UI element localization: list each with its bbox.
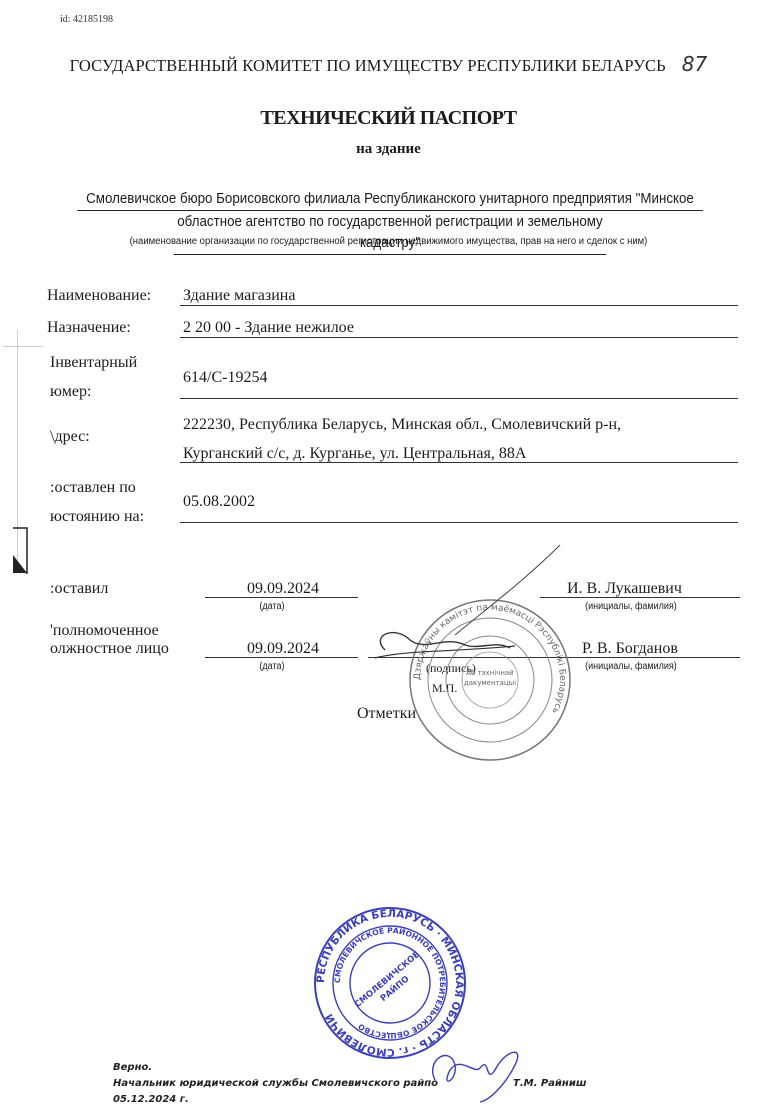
- document-id: id: 42185198: [60, 14, 113, 25]
- field-value-address-1: 222230, Республика Беларусь, Минская обл…: [183, 416, 621, 434]
- signature-name-authorized: Р. В. Богданов: [582, 640, 678, 658]
- certification-date: 05.12.2024 г.: [113, 1092, 189, 1108]
- date-caption-2: (дата): [259, 661, 284, 672]
- field-rule-address: [180, 462, 738, 463]
- signature-date-rule-1: [205, 597, 358, 598]
- signature-date-rule-2: [205, 657, 358, 658]
- certification-position: Начальник юридической службы Смолевичско…: [113, 1076, 438, 1092]
- signature-name-compiled: И. В. Лукашевич: [567, 580, 682, 598]
- field-value-as-of: 05.08.2002: [183, 493, 255, 511]
- signature-date-authorized: 09.09.2024: [208, 640, 358, 658]
- field-rule-purpose: [180, 337, 738, 338]
- field-rule-as-of: [180, 522, 738, 523]
- field-label-inventory-1: Інвентарный: [50, 354, 137, 372]
- field-rule-inventory: [180, 398, 738, 399]
- field-label-as-of-2: юстоянию на:: [50, 508, 144, 526]
- field-label-purpose: Назначение:: [47, 319, 131, 337]
- certification-verified: Верно.: [113, 1060, 152, 1076]
- blue-organization-stamp-icon: РЕСПУБЛИКА БЕЛАРУСЬ · МИНСКАЯ ОБЛАСТЬ · …: [310, 905, 470, 1060]
- handwritten-signature-icon: [365, 540, 565, 680]
- name-caption-2: (инициалы, фамилия): [585, 661, 677, 672]
- document-subtitle: на здание: [0, 141, 777, 158]
- svg-text:дакументацыі: дакументацыі: [464, 679, 516, 687]
- field-label-name: Наименование:: [47, 287, 151, 305]
- handwritten-page-number: 87: [682, 52, 708, 76]
- margin-tick: [3, 346, 43, 347]
- signature-role-compiled: :оставил: [50, 580, 108, 598]
- certification-name: Т.М. Райниш: [513, 1076, 586, 1092]
- committee-name: ГОСУДАРСТВЕННЫЙ КОМИТЕТ ПО ИМУЩЕСТВУ РЕС…: [70, 56, 666, 75]
- signature-role-authorized-2: олжностное лицо: [50, 640, 169, 658]
- signature-role-authorized-1: 'полномоченное: [50, 622, 159, 640]
- marks-label: Отметки: [357, 705, 416, 723]
- field-label-address: \дрес:: [50, 428, 90, 446]
- field-value-address-2: Курганский с/с, д. Курганье, ул. Централ…: [183, 445, 526, 463]
- field-label-inventory-2: юмер:: [50, 383, 91, 401]
- document-title: ТЕХНИЧЕСКИЙ ПАСПОРТ: [0, 107, 777, 130]
- field-value-inventory: 614/С-19254: [183, 369, 267, 387]
- field-value-name: Здание магазина: [183, 287, 295, 305]
- organization-line-1: Смолевичское бюро Борисовского филиала Р…: [77, 189, 703, 211]
- organization-caption: (наименование организации по государстве…: [19, 236, 757, 247]
- committee-heading: ГОСУДАРСТВЕННЫЙ КОМИТЕТ ПО ИМУЩЕСТВУ РЕС…: [0, 52, 777, 76]
- blue-signature-icon: [420, 1040, 530, 1105]
- signature-date-compiled: 09.09.2024: [208, 580, 358, 598]
- field-rule-name: [180, 305, 738, 306]
- field-label-as-of-1: :оставлен по: [50, 479, 136, 497]
- field-value-purpose: 2 20 00 - Здание нежилое: [183, 319, 354, 337]
- organization-line-2: областное агентство по государственной р…: [174, 212, 606, 255]
- corner-mark-icon: [12, 527, 28, 575]
- name-caption-1: (инициалы, фамилия): [585, 601, 677, 612]
- date-caption-1: (дата): [259, 601, 284, 612]
